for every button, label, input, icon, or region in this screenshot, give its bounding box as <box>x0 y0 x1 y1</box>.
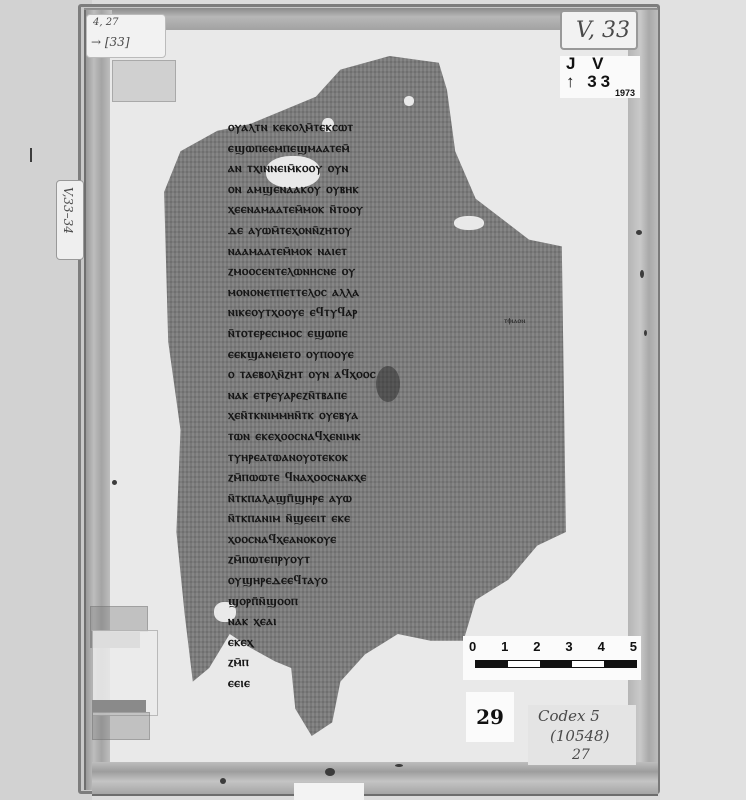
scale-ticks: 0 1 2 3 4 5 <box>469 639 637 654</box>
manuscript-line: ⲛ̄ⲧⲕⲡⲁⲗⲁϣⲡ̄ϣⲏⲣⲉ ⲁⲩⲱ <box>228 489 558 510</box>
codex-line2: (10548) <box>550 727 609 745</box>
label-top-left: 4, 27 → [33] <box>86 14 166 58</box>
scale-tick: 1 <box>501 639 508 654</box>
right-background-strip <box>660 0 746 800</box>
tape-piece <box>90 606 148 632</box>
manuscript-line: ⲧⲱⲛ ⲉⲕⲉⲭⲟⲟⲥⲛⲁϥⲭⲉⲛⲓⲙⲕ <box>228 427 558 448</box>
scale-segment <box>540 661 572 667</box>
scale-bar: 0 1 2 3 4 5 <box>463 636 641 680</box>
scale-tick: 0 <box>469 639 476 654</box>
dirt-speck <box>395 764 403 767</box>
manuscript-line: ⲭⲟⲟⲥⲛⲁϥⲭⲉⲁⲛⲟⲕⲟⲩⲉ <box>228 530 558 551</box>
papyrus-hole <box>404 96 414 106</box>
tape-piece <box>112 60 176 102</box>
manuscript-line: ⲍⲙⲟⲟⲥⲉⲛⲧⲉⲗⲱⲛⲏⲥⲛⲉ ⲟⲩ <box>228 262 558 283</box>
manuscript-line: ϣⲟⲣⲡ̄ⲛ̄ϣⲟⲟⲡ <box>228 592 558 613</box>
dirt-speck <box>640 270 644 278</box>
manuscript-line: ⲭⲉⲛ̄ⲧⲕⲛⲓⲙⲙⲏⲛ̄ⲧⲕ ⲟⲩⲉⲃⲩⲁ <box>228 406 558 427</box>
stamp-line1: J V <box>566 54 610 74</box>
manuscript-line: ⲟⲩϣⲏⲣⲉⲇⲉⲉϥⲧⲁⲩⲟ <box>228 571 558 592</box>
label-top-left-line1: 4, 27 <box>93 17 118 28</box>
label-side: V,33–34 <box>56 180 84 260</box>
manuscript-line: ⲟ ⲧⲁⲉⲃⲟⲗⲛ̄ⲍⲏⲧ ⲟⲩⲛ ⲁϥⲭⲟⲟⲥ <box>228 365 558 386</box>
label-top-right-text: V, 33 <box>576 18 630 43</box>
manuscript-line: ⲭⲉⲉⲛⲁⲙⲁⲁⲧⲉⲙ̄ⲙⲟⲕ ⲛ̄ⲧⲟⲟⲩ <box>228 200 558 221</box>
label-top-right: V, 33 <box>560 10 638 50</box>
scale-tick: 5 <box>630 639 637 654</box>
manuscript-line: ⲟⲩⲁⲗⲧⲛ ⲕⲉⲕⲟⲗⲙ̄ⲧⲉⲕⲥⲱⲧ <box>228 118 558 139</box>
manuscript-line: ⲛⲁⲕ ⲭⲉⲁⲓ <box>228 612 558 633</box>
scale-segment <box>604 661 636 667</box>
manuscript-line: ⲍⲙ̄ⲡⲱⲧⲉⲡⲣⲩⲟⲩⲧ <box>228 550 558 571</box>
scale-segment <box>572 661 604 667</box>
frame-rail-bottom <box>92 762 658 796</box>
dirt-speck <box>644 330 647 336</box>
dirt-speck <box>30 148 32 162</box>
manuscript-line: ⲧⲩⲏⲣⲉⲁⲧⲱⲁⲛⲟⲩⲟⲧⲉⲕⲟⲕ <box>228 448 558 469</box>
scale-segment <box>508 661 540 667</box>
manuscript-line: ⲙⲟⲛⲟⲛⲉⲧⲡⲉⲧⲧⲉⲗⲟⲥ ⲁⲗⲗⲁ <box>228 283 558 304</box>
scale-segment <box>476 661 508 667</box>
manuscript-line: ⲛⲁⲁⲙⲁⲁⲧⲉⲙ̄ⲙⲟⲕ ⲛⲁⲓⲉⲧ <box>228 242 558 263</box>
margin-note: ⲧⲫⲓⲁⲟⲛ <box>504 316 525 326</box>
scale-bar-segments <box>475 660 637 668</box>
dirt-speck <box>220 778 226 784</box>
tape-piece <box>92 712 150 740</box>
codex-line3: 27 <box>572 747 590 763</box>
manuscript-line: ⲍⲙ̄ⲡⲱⲱⲧⲉ ϥⲛⲁⲭⲟⲟⲥⲛⲁⲕⲭⲉ <box>228 468 558 489</box>
scale-tick: 4 <box>598 639 605 654</box>
manuscript-line: ⲛ̄ⲧⲕⲡⲁⲛⲓⲙ ⲛ̄ϣⲉⲉⲓⲧ ⲉⲕⲉ <box>228 509 558 530</box>
manuscript-line: ⲉⲉⲕϣⲁⲛⲉⲓⲉⲧⲟ ⲟⲩⲡⲟⲟⲩⲉ <box>228 345 558 366</box>
dirt-speck <box>636 230 642 235</box>
stamp-year: 1973 <box>615 88 635 98</box>
scale-tick: 3 <box>565 639 572 654</box>
label-top-left-line2: → [33] <box>91 35 130 49</box>
dirt-speck <box>112 480 117 485</box>
tape-piece <box>92 700 146 712</box>
manuscript-line: ⲛ̄ⲧⲟⲧⲉⲣⲉⲥⲓⲙⲟⲥ ⲉϣⲱⲡⲉ <box>228 324 558 345</box>
label-side-text: V,33–34 <box>61 187 75 234</box>
codex-line1: Codex 5 <box>538 707 600 725</box>
manuscript-line: ⲁⲛ ⲧⲭⲓⲛⲛⲉⲓⲙ̄ⲕⲟⲟⲩ ⲟⲩⲛ <box>228 159 558 180</box>
codex-label: Codex 5 (10548) 27 <box>528 705 636 765</box>
stamp-line2: ↑ 33 <box>566 72 614 92</box>
manuscript-line: ⲉϣⲱⲡⲉⲉⲙⲡⲉϣⲙⲁⲁⲧⲉⲙ̄ <box>228 139 558 160</box>
manuscript-line: ⲇⲉ ⲁⲩⲱⲙ̄ⲧⲉⲭⲟⲛⲛ̄ⲍⲏⲧⲟⲩ <box>228 221 558 242</box>
dirt-speck <box>325 768 335 776</box>
manuscript-text: ⲟⲩⲁⲗⲧⲛ ⲕⲉⲕⲟⲗⲙ̄ⲧⲉⲕⲥⲱⲧ ⲉϣⲱⲡⲉⲉⲙⲡⲉϣⲙⲁⲁⲧⲉⲙ̄ ⲁ… <box>228 118 558 695</box>
scale-tick: 2 <box>533 639 540 654</box>
manuscript-line: ⲟⲛ ⲁⲙϣⲉⲛⲁⲁⲕⲟⲩ ⲟⲩⲃⲏⲕ <box>228 180 558 201</box>
manuscript-line: ⲛⲁⲕ ⲉⲧⲣⲉⲩⲁⲣⲉⲍⲛ̄ⲧⲃⲁⲡⲉ <box>228 386 558 407</box>
bottom-label-tab <box>294 783 364 800</box>
plate-number: 29 <box>466 692 514 742</box>
